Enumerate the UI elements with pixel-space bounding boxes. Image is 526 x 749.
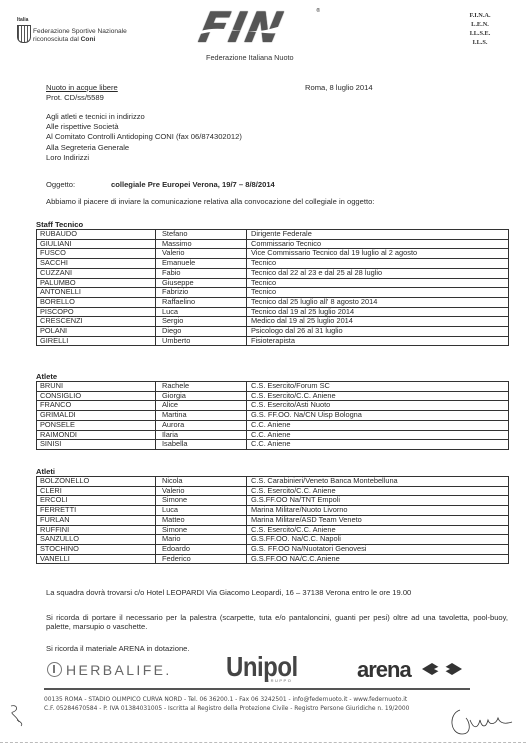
table-row: SANZULLOMarioG.S.FF.OO. Na/C.C. Napoli (37, 535, 509, 545)
surname-cell: BORELLO (37, 297, 156, 307)
table-row: RUFFINISimoneC.S. Esercito/C.C. Aniene (37, 525, 509, 535)
surname-cell: POLANI (37, 327, 156, 337)
surname-cell: SANZULLO (37, 535, 156, 545)
coni-text: Federazione Sportive Nazionale riconosci… (33, 28, 127, 44)
surname-cell: STOCHINO (37, 544, 156, 554)
wave-icon (200, 22, 312, 36)
role-cell: C.C. Aniene (247, 430, 509, 440)
first-name-cell: Simone (156, 496, 247, 506)
first-name-cell: Matteo (156, 515, 247, 525)
first-name-cell: Nicola (156, 477, 247, 487)
surname-cell: RUFFINI (37, 525, 156, 535)
fin-caption: Federazione Italiana Nuoto (206, 53, 294, 62)
first-name-cell: Isabella (156, 440, 247, 450)
surname-cell: CONSIGLIO (37, 391, 156, 401)
table-row: FUSCOValerioVice Commissario Tecnico dal… (37, 249, 509, 259)
table-row: CUZZANIFabioTecnico dal 22 al 23 e dal 2… (37, 268, 509, 278)
surname-cell: SINISI (37, 440, 156, 450)
first-name-cell: Luca (156, 506, 247, 516)
first-name-cell: Edoardo (156, 544, 247, 554)
subject-label: Oggetto: (46, 180, 75, 189)
subject-text: collegiale Pre Europei Verona, 19/7 – 8/… (111, 180, 275, 189)
first-name-cell: Valerio (156, 249, 247, 259)
surname-cell: FERRETTI (37, 506, 156, 516)
equipment-note: Si ricorda di portare il necessario per … (46, 613, 508, 631)
recipients-list: Agli atleti e tecnici in indirizzo Alle … (46, 112, 242, 163)
table-row: GRIMALDIMartinaG.S. FF.OO. Na/CN Uisp Bo… (37, 411, 509, 421)
table-row: BOLZONELLONicolaC.S. Carabinieri/Veneto … (37, 477, 509, 487)
table-row: POLANIDiegoPsicologo dal 26 al 31 luglio (37, 327, 509, 337)
table-row: ERCOLISimoneG.S.FF.OO Na/TNT Empoli (37, 496, 509, 506)
role-cell: G.S. FF.OO. Na/CN Uisp Bologna (247, 411, 509, 421)
first-name-cell: Federico (156, 554, 247, 564)
table-row: CONSIGLIOGiorgiaC.S. Esercito/C.C. Anien… (37, 391, 509, 401)
surname-cell: PISCOPO (37, 307, 156, 317)
table-row: FERRETTILucaMarina Militare/Nuoto Livorn… (37, 506, 509, 516)
surname-cell: PONSELE (37, 420, 156, 430)
affiliation-ilse: I.L.S.E. (458, 29, 502, 38)
role-cell: Tecnico (247, 259, 509, 269)
footer-divider (44, 688, 470, 690)
first-name-cell: Martina (156, 411, 247, 421)
first-name-cell: Raffaelino (156, 297, 247, 307)
table-row: CLERIValerioC.S. Esercito/C.C. Aniene (37, 486, 509, 496)
table-row: GIRELLIUmbertoFisioterapista (37, 336, 509, 346)
coni-line2-prefix: riconosciuta dal (33, 36, 81, 43)
first-name-cell: Alice (156, 401, 247, 411)
female-athletes-table: BRUNIRacheleC.S. Esercito/Forum SCCONSIG… (36, 381, 509, 450)
role-cell: G.S.FF.OO. Na/C.C. Napoli (247, 535, 509, 545)
fin-logo: FIN ® (200, 8, 312, 48)
table-row: SINISIIsabellaC.C. Aniene (37, 440, 509, 450)
affiliation-ils: I.L.S. (458, 38, 502, 47)
surname-cell: BRUNI (37, 382, 156, 392)
male-athletes-title: Atleti (36, 467, 55, 476)
affiliations: F.I.N.A. L.E.N. I.L.S.E. I.L.S. (458, 11, 502, 47)
recipient: Al Comitato Controlli Antidoping CONI (f… (46, 132, 242, 142)
surname-cell: ANTONELLI (37, 288, 156, 298)
first-name-cell: Rachele (156, 382, 247, 392)
first-name-cell: Fabio (156, 268, 247, 278)
surname-cell: FUSCO (37, 249, 156, 259)
protocol-number: Prot. CD/ss/5589 (46, 93, 104, 102)
role-cell: Fisioterapista (247, 336, 509, 346)
role-cell: Commissario Tecnico (247, 239, 509, 249)
role-cell: C.S. Esercito/C.C. Aniene (247, 391, 509, 401)
role-cell: C.S. Esercito/Forum SC (247, 382, 509, 392)
surname-cell: GRIMALDI (37, 411, 156, 421)
initials-signature-icon (5, 702, 27, 728)
first-name-cell: Mario (156, 535, 247, 545)
female-athletes-title: Atlete (36, 372, 57, 381)
staff-table: RUBAUDOStefanoDirigente FederaleGIULIANI… (36, 229, 509, 346)
recipient: Loro Indirizzi (46, 153, 242, 163)
table-row: PALUMBOGiuseppeTecnico (37, 278, 509, 288)
role-cell: Tecnico (247, 278, 509, 288)
table-row: FRANCOAliceC.S. Esercito/Asti Nuoto (37, 401, 509, 411)
first-name-cell: Diego (156, 327, 247, 337)
role-cell: G.S.FF.OO Na/TNT Empoli (247, 496, 509, 506)
surname-cell: ERCOLI (37, 496, 156, 506)
first-name-cell: Massimo (156, 239, 247, 249)
first-name-cell: Umberto (156, 336, 247, 346)
role-cell: G.S. FF.OO Na/Nuotatori Genovesi (247, 544, 509, 554)
intro-text: Abbiamo il piacere di inviare la comunic… (46, 197, 374, 206)
herbalife-text: HERBALIFE. (66, 662, 172, 678)
coni-line1: Federazione Sportive Nazionale (33, 28, 127, 36)
first-name-cell: Aurora (156, 420, 247, 430)
surname-cell: CUZZANI (37, 268, 156, 278)
role-cell: G.S.FF.OO NA/C.C.Aniene (247, 554, 509, 564)
table-row: STOCHINOEdoardoG.S. FF.OO Na/Nuotatori G… (37, 544, 509, 554)
footer-registry: C.F. 05284670584 - P. IVA 01384031005 - … (44, 706, 409, 712)
surname-cell: BOLZONELLO (37, 477, 156, 487)
first-name-cell: Sergio (156, 317, 247, 327)
coni-line2-bold: Coni (81, 36, 96, 43)
table-row: GIULIANIMassimoCommissario Tecnico (37, 239, 509, 249)
signature-icon (446, 700, 516, 740)
staff-section-title: Staff Tecnico (36, 220, 83, 229)
surname-cell: FRANCO (37, 401, 156, 411)
role-cell: Tecnico dal 19 al 25 luglio 2014 (247, 307, 509, 317)
table-row: ANTONELLIFabrizioTecnico (37, 288, 509, 298)
surname-cell: PALUMBO (37, 278, 156, 288)
role-cell: Tecnico (247, 288, 509, 298)
role-cell: C.S. Esercito/C.C. Aniene (247, 525, 509, 535)
italy-shield-icon (17, 25, 31, 43)
surname-cell: RAIMONDI (37, 430, 156, 440)
surname-cell: CRESCENZI (37, 317, 156, 327)
section-label: Nuoto in acque libere (46, 83, 118, 92)
affiliation-fina: F.I.N.A. (458, 11, 502, 20)
first-name-cell: Emanuele (156, 259, 247, 269)
table-row: VANELLIFedericoG.S.FF.OO NA/C.C.Aniene (37, 554, 509, 564)
first-name-cell: Giorgia (156, 391, 247, 401)
arena-diamond-icon (420, 661, 466, 677)
role-cell: C.C. Aniene (247, 440, 509, 450)
table-row: FURLANMatteoMarina Militare/ASD Team Ven… (37, 515, 509, 525)
first-name-cell: Stefano (156, 230, 247, 240)
role-cell: C.S. Esercito/C.C. Aniene (247, 486, 509, 496)
footer-address: 00135 ROMA - STADIO OLIMPICO CURVA NORD … (44, 697, 407, 703)
role-cell: Vice Commissario Tecnico dal 19 luglio a… (247, 249, 509, 259)
coni-badge-word: Italia (17, 17, 28, 23)
first-name-cell: Fabrizio (156, 288, 247, 298)
surname-cell: RUBAUDO (37, 230, 156, 240)
table-row: RAIMONDIIlariaC.C. Aniene (37, 430, 509, 440)
table-row: RUBAUDOStefanoDirigente Federale (37, 230, 509, 240)
role-cell: Marina Militare/Nuoto Livorno (247, 506, 509, 516)
affiliation-len: L.E.N. (458, 20, 502, 29)
table-row: SACCHIEmanueleTecnico (37, 259, 509, 269)
table-row: PISCOPOLucaTecnico dal 19 al 25 luglio 2… (37, 307, 509, 317)
role-cell: C.S. Esercito/Asti Nuoto (247, 401, 509, 411)
role-cell: C.S. Carabinieri/Veneto Banca Montebellu… (247, 477, 509, 487)
first-name-cell: Luca (156, 307, 247, 317)
role-cell: Tecnico dal 25 luglio all' 8 agosto 2014 (247, 297, 509, 307)
role-cell: Marina Militare/ASD Team Veneto (247, 515, 509, 525)
recipient: Alle rispettive Società (46, 122, 242, 132)
herbalife-logo: HERBALIFE. (47, 662, 172, 678)
male-athletes-table: BOLZONELLONicolaC.S. Carabinieri/Veneto … (36, 476, 509, 564)
table-row: CRESCENZISergioMedico dal 19 al 25 lugli… (37, 317, 509, 327)
first-name-cell: Giuseppe (156, 278, 247, 288)
role-cell: Tecnico dal 22 al 23 e dal 25 al 28 lugl… (247, 268, 509, 278)
herbalife-leaf-icon (47, 662, 62, 677)
table-row: BORELLORaffaelinoTecnico dal 25 luglio a… (37, 297, 509, 307)
table-row: PONSELEAuroraC.C. Aniene (37, 420, 509, 430)
recipient: Agli atleti e tecnici in indirizzo (46, 112, 242, 122)
table-row: BRUNIRacheleC.S. Esercito/Forum SC (37, 382, 509, 392)
meeting-note: La squadra dovrà trovarsi c/o Hotel LEOP… (46, 588, 508, 597)
surname-cell: SACCHI (37, 259, 156, 269)
arena-note: Si ricorda il materiale ARENA in dotazio… (46, 644, 190, 653)
surname-cell: GIULIANI (37, 239, 156, 249)
place-date: Roma, 8 luglio 2014 (305, 83, 373, 92)
surname-cell: FURLAN (37, 515, 156, 525)
first-name-cell: Ilaria (156, 430, 247, 440)
first-name-cell: Simone (156, 525, 247, 535)
first-name-cell: Valerio (156, 486, 247, 496)
role-cell: Medico dal 19 al 25 luglio 2014 (247, 317, 509, 327)
arena-logo: arena (357, 657, 411, 683)
scan-edge (0, 742, 526, 744)
role-cell: Psicologo dal 26 al 31 luglio (247, 327, 509, 337)
recipient: Alla Segreteria Generale (46, 143, 242, 153)
registered-mark: ® (316, 8, 320, 14)
surname-cell: CLERI (37, 486, 156, 496)
surname-cell: VANELLI (37, 554, 156, 564)
coni-line2: riconosciuta dal Coni (33, 36, 127, 44)
role-cell: Dirigente Federale (247, 230, 509, 240)
surname-cell: GIRELLI (37, 336, 156, 346)
role-cell: C.C. Aniene (247, 420, 509, 430)
unipol-subtitle: GRUPPO (266, 678, 292, 683)
